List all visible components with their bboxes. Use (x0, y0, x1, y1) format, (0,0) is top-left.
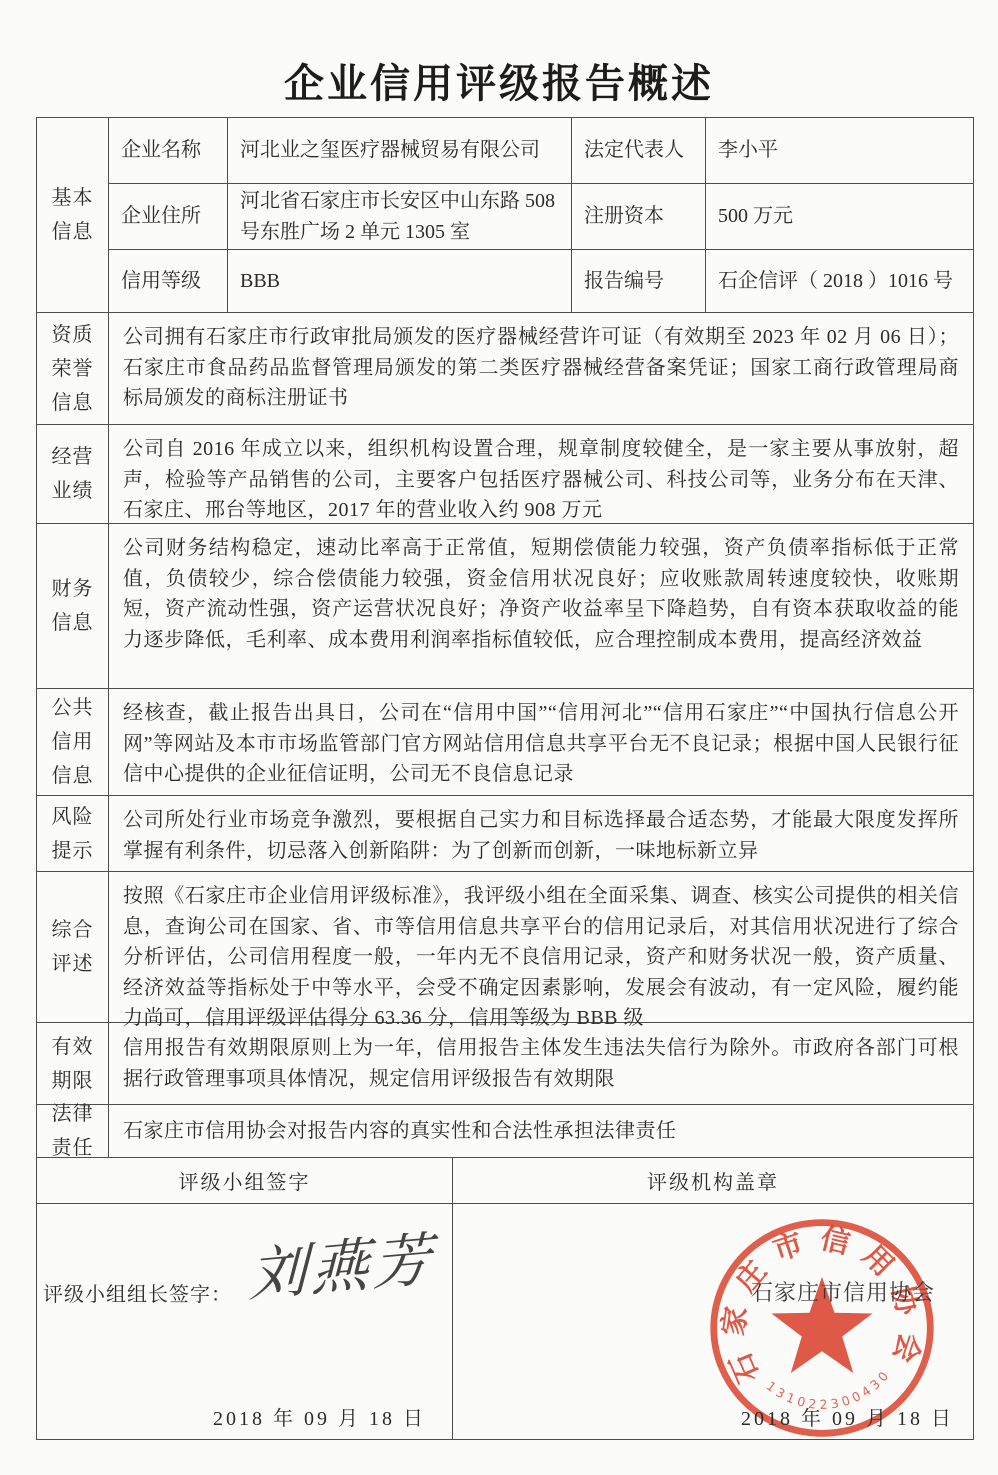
public-credit-section-label: 公共信用信息 (37, 689, 109, 795)
qualifications-text: 公司拥有石家庄市行政审批局颁发的医疗器械经营许可证（有效期至 2023 年 02… (109, 313, 973, 424)
financial-info-text: 公司财务结构稳定，速动比率高于正常值，短期偿债能力较强，资产负债率指标低于正常值… (109, 524, 973, 688)
seal-date: 2018 年 09 月 18 日 (741, 1402, 954, 1431)
credit-grade-label: 信用等级 (109, 250, 228, 312)
risk-warning-section-label: 风险提示 (37, 796, 109, 871)
company-name-label: 企业名称 (109, 118, 228, 183)
footer-header-row: 评级小组签字 评级机构盖章 (37, 1158, 973, 1204)
basic-info-grid: 企业名称 河北业之玺医疗器械贸易有限公司 法定代表人 李小平 企业住所 河北省石… (109, 118, 973, 312)
rating-agency-seal-header: 评级机构盖章 (453, 1158, 973, 1203)
report-page: 企业信用评级报告概述 基本信息 企业名称 河北业之玺医疗器械贸易有限公司 法定代… (0, 0, 998, 1475)
section-legal-liability: 法律责任 石家庄市信用协会对报告内容的真实性和合法性承担法律责任 (37, 1105, 973, 1158)
section-financial-info: 财务信息 公司财务结构稳定，速动比率高于正常值，短期偿债能力较强，资产负债率指标… (37, 524, 973, 689)
legal-rep-label: 法定代表人 (572, 118, 706, 183)
section-overall-review: 综合评述 按照《石家庄市企业信用评级标准》，我评级小组在全面采集、调查、核实公司… (37, 872, 973, 1023)
validity-period-section-label: 有效期限 (37, 1023, 109, 1104)
public-credit-text: 经核查，截止报告出具日，公司在“信用中国”“信用河北”“信用石家庄”“中国执行信… (109, 689, 973, 795)
legal-liability-text: 石家庄市信用协会对报告内容的真实性和合法性承担法律责任 (109, 1105, 973, 1157)
report-number-value: 石企信评（ 2018 ）1016 号 (706, 250, 973, 312)
section-basic-info: 基本信息 企业名称 河北业之玺医疗器械贸易有限公司 法定代表人 李小平 企业住所… (37, 118, 973, 313)
business-performance-text: 公司自 2016 年成立以来，组织机构设置合理，规章制度较健全，是一家主要从事放… (109, 425, 973, 523)
rating-team-signature-header: 评级小组签字 (37, 1158, 453, 1203)
signature-cell: 评级小组组长签字： 刘燕芳 2018 年 09 月 18 日 (37, 1204, 453, 1439)
report-number-label: 报告编号 (572, 250, 706, 312)
risk-warning-text: 公司所处行业市场竞争激烈，要根据自己实力和目标选择最合适态势，才能最大限度发挥所… (109, 796, 973, 871)
section-validity-period: 有效期限 信用报告有效期限原则上为一年，信用报告主体发生违法失信行为除外。市政府… (37, 1023, 973, 1105)
section-business-performance: 经营业绩 公司自 2016 年成立以来，组织机构设置合理，规章制度较健全，是一家… (37, 425, 973, 524)
table-row: 企业名称 河北业之玺医疗器械贸易有限公司 法定代表人 李小平 (109, 118, 973, 184)
handwritten-signature: 刘燕芳 (249, 1212, 436, 1313)
company-address-label: 企业住所 (109, 184, 228, 249)
signature-date: 2018 年 09 月 18 日 (213, 1402, 426, 1431)
section-risk-warning: 风险提示 公司所处行业市场竞争激烈，要根据自己实力和目标选择最合适态势，才能最大… (37, 796, 973, 872)
legal-liability-section-label: 法律责任 (37, 1105, 109, 1157)
report-table: 基本信息 企业名称 河北业之玺医疗器械贸易有限公司 法定代表人 李小平 企业住所… (36, 117, 974, 1440)
section-qualifications: 资质荣誉信息 公司拥有石家庄市行政审批局颁发的医疗器械经营许可证（有效期至 20… (37, 313, 973, 425)
team-leader-signature-label: 评级小组组长签字： (43, 1278, 232, 1307)
section-public-credit-info: 公共信用信息 经核查，截止报告出具日，公司在“信用中国”“信用河北”“信用石家庄… (37, 689, 973, 796)
credit-grade-value: BBB (228, 250, 572, 312)
table-row: 企业住所 河北省石家庄市长安区中山东路 508 号东胜广场 2 单元 1305 … (109, 184, 973, 250)
seal-org-printed-name: 石家庄市信用协会 (751, 1276, 935, 1307)
registered-capital-value: 500 万元 (706, 184, 973, 249)
company-address-value: 河北省石家庄市长安区中山东路 508 号东胜广场 2 单元 1305 室 (228, 184, 572, 249)
seal-cell: 石家庄市信用协会 131022300430 石家庄市信用协会 2018 年 09… (453, 1204, 973, 1439)
legal-rep-value: 李小平 (706, 118, 973, 183)
financial-info-section-label: 财务信息 (37, 524, 109, 688)
validity-period-text: 信用报告有效期限原则上为一年，信用报告主体发生违法失信行为除外。市政府各部门可根… (109, 1023, 973, 1104)
company-name-value: 河北业之玺医疗器械贸易有限公司 (228, 118, 572, 183)
registered-capital-label: 注册资本 (572, 184, 706, 249)
business-performance-section-label: 经营业绩 (37, 425, 109, 523)
overall-review-section-label: 综合评述 (37, 872, 109, 1022)
page-title: 企业信用评级报告概述 (0, 52, 998, 109)
overall-review-text: 按照《石家庄市企业信用评级标准》，我评级小组在全面采集、调查、核实公司提供的相关… (109, 872, 973, 1022)
table-row: 信用等级 BBB 报告编号 石企信评（ 2018 ）1016 号 (109, 250, 973, 312)
basic-info-section-label: 基本信息 (37, 118, 109, 312)
footer-body-row: 评级小组组长签字： 刘燕芳 2018 年 09 月 18 日 石家庄市信用协会 (37, 1204, 973, 1439)
qualifications-section-label: 资质荣誉信息 (37, 313, 109, 424)
